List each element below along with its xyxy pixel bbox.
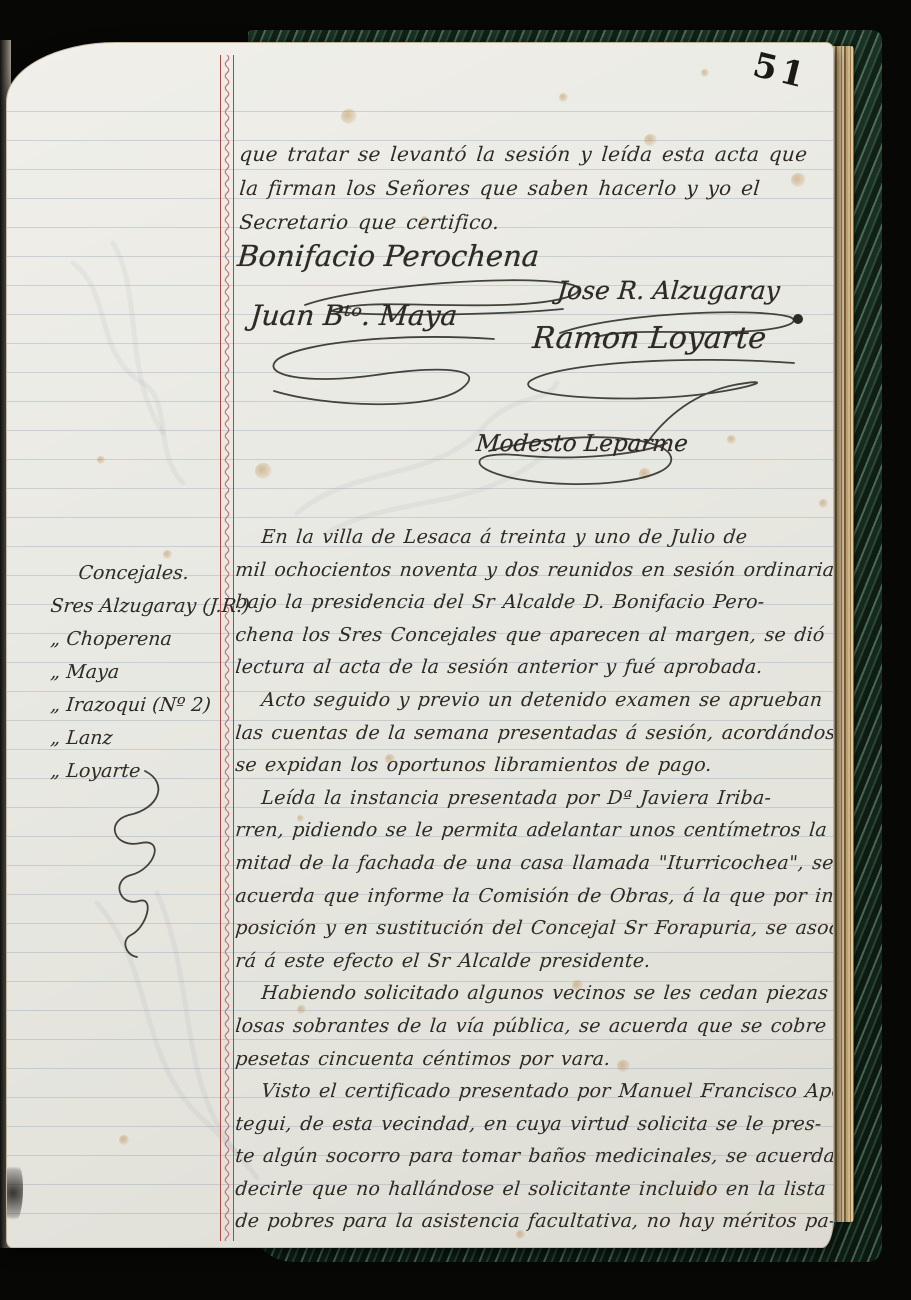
body-paragraph: Visto el certificado presentado por Manu… <box>234 1075 834 1238</box>
stain <box>119 1135 129 1145</box>
scanned-manuscript-page: { "page_number": "51", "closing": { "lin… <box>0 0 911 1300</box>
stain <box>559 93 568 102</box>
manuscript-line: te algún socorro para tomar baños medici… <box>234 1140 834 1173</box>
signature-ramon-loyarte: Ramon Loyarte <box>531 321 768 356</box>
margin-item: Sres Alzugaray (J.R.) <box>49 590 251 623</box>
margin-item: „ Lanz <box>49 722 251 755</box>
ghost-writing <box>53 233 203 513</box>
signature-modesto-secretary: Modesto Leparme <box>475 431 689 457</box>
manuscript-line: lectura al acta de la sesión anterior y … <box>234 651 834 684</box>
manuscript-line: que tratar se levantó la sesión y leída … <box>238 137 809 171</box>
manuscript-line: rren, pidiendo se le permita adelantar u… <box>234 814 834 847</box>
manuscript-line: Habiendo solicitado algunos vecinos se l… <box>234 977 834 1010</box>
signature-jose-r-alzugaray: Jose R. Alzugaray <box>556 276 781 305</box>
manuscript-line: losas sobrantes de la vía pública, se ac… <box>234 1010 834 1043</box>
manuscript-line: de pobres para la asistencia facultativa… <box>234 1205 834 1238</box>
manuscript-line: posición y en sustitución del Concejal S… <box>234 912 834 945</box>
manuscript-line: Acto seguido y previo un detenido examen… <box>234 684 834 717</box>
signature-bonifacio-perochena: Bonifacio Perochena <box>236 239 541 273</box>
manuscript-line: mitad de la fachada de una casa llamada … <box>234 847 834 880</box>
body-paragraph: Acto seguido y previo un detenido examen… <box>234 684 834 782</box>
manuscript-line: chena los Sres Concejales que aparecen a… <box>234 619 834 652</box>
manuscript-line: pesetas cincuenta céntimos por vara. <box>234 1043 834 1076</box>
stain <box>701 69 709 77</box>
manuscript-line: se expidan los oportunos libramientos de… <box>234 749 834 782</box>
manuscript-line: acuerda que informe la Comisión de Obras… <box>234 880 834 913</box>
manuscript-line: las cuentas de la semana presentadas á s… <box>234 717 834 750</box>
margin-item: „ Irazoqui (Nº 2) <box>49 689 251 722</box>
body-paragraph: En la villa de Lesaca á treinta y uno de… <box>234 521 834 684</box>
manuscript-line: Leída la instancia presentada por Dª Jav… <box>234 782 834 815</box>
stain <box>97 456 105 464</box>
margin-rubric-flourish <box>93 765 173 965</box>
stain <box>255 463 272 479</box>
stain <box>341 109 357 124</box>
page-number: 51 <box>749 45 812 97</box>
minutes-body: En la villa de Lesaca á treinta y uno de… <box>234 521 834 1238</box>
body-paragraph: Habiendo solicitado algunos vecinos se l… <box>234 977 834 1075</box>
manuscript-line: En la villa de Lesaca á treinta y uno de… <box>234 521 834 554</box>
manuscript-line: tegui, de esta vecindad, en cuya virtud … <box>234 1108 834 1141</box>
signature-juan-bto-maya: Juan Bᵗᵒ. Maya <box>249 299 459 332</box>
margin-item: „ Maya <box>49 656 251 689</box>
manuscript-line: la firman los Señores que saben hacerlo … <box>238 171 809 205</box>
margin-heading: Concejales. <box>49 557 251 590</box>
margin-note-concejales: Concejales. Sres Alzugaray (J.R.) „ Chop… <box>49 557 248 788</box>
closing-paragraph: que tratar se levantó la sesión y leída … <box>238 137 806 239</box>
manuscript-line: rá á este efecto el Sr Alcalde president… <box>234 945 834 978</box>
manuscript-line: Visto el certificado presentado por Manu… <box>234 1075 834 1108</box>
manuscript-line: mil ochocientos noventa y dos reunidos e… <box>234 554 834 587</box>
paper-page: 51 que tratar se levantó la sesión y leí… <box>6 42 834 1248</box>
manuscript-line: bajo la presidencia del Sr Alcalde D. Bo… <box>234 586 834 619</box>
stain <box>819 499 828 508</box>
signature-flourish <box>256 333 516 413</box>
margin-item: „ Choperena <box>49 623 251 656</box>
manuscript-line: Secretario que certifico. <box>238 205 809 239</box>
manuscript-line: decirle que no hallándose el solicitante… <box>234 1173 834 1206</box>
body-paragraph: Leída la instancia presentada por Dª Jav… <box>234 782 834 978</box>
